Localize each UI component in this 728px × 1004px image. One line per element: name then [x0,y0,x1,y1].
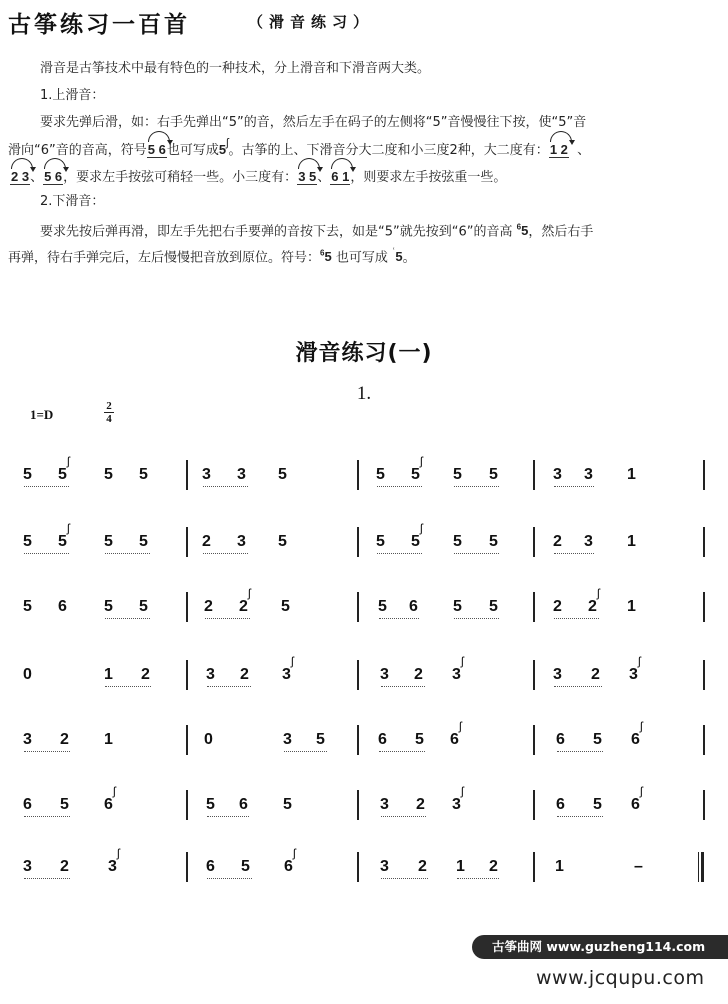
eighth-beam [379,618,419,619]
note: 5 [593,731,602,749]
note-slide-up: 3ʃ [629,666,638,684]
note: 5 [453,598,462,616]
note-slide-up: 3ʃ [452,666,461,684]
up-slide-hook-icon: ʃ [67,521,70,535]
eighth-beam [203,553,248,554]
eighth-beam [207,816,249,817]
note: 2 [204,598,213,616]
note: 3 [380,666,389,684]
note: 2 [141,666,150,684]
note: 5 [139,533,148,551]
eighth-beam [105,553,150,554]
score-row-4: 0 1 2 3 2 3ʃ 3 2 3ʃ 3 2 3ʃ [0,660,728,690]
eighth-beam [203,486,248,487]
note: 1 [555,858,564,876]
note: 5 [278,466,287,484]
note: 2 [60,731,69,749]
slide-symbol-1-2: 1 2 [549,142,569,158]
note: 3 [202,466,211,484]
final-bar-line [701,852,704,882]
down-slide-hook-symbol: ʿ5 [392,249,403,264]
note: 2 [553,598,562,616]
bar-line [703,660,705,690]
up-slide-hook-icon: ʃ [459,719,462,733]
note-slide-up: 3ʃ [282,666,291,684]
down-slide-hook-icon: ʿ [392,247,395,258]
eighth-beam [379,751,425,752]
note: 2 [416,796,425,814]
eighth-beam [105,618,150,619]
note: 2 [591,666,600,684]
eighth-beam [454,553,499,554]
page-title: 古筝练习一百首 [8,6,190,39]
eighth-beam [381,878,428,879]
bar-line [357,660,359,690]
note: 5 [60,796,69,814]
eighth-beam [457,878,499,879]
note: 5 [104,533,113,551]
bar-line [533,852,535,882]
note: 5 [378,598,387,616]
bar-line [186,725,188,755]
note: 2 [240,666,249,684]
slide-symbol-5-hook: 5ʃ [219,142,229,157]
eighth-beam [24,816,70,817]
note: 2 [489,858,498,876]
eighth-beam [381,816,426,817]
note: 1 [456,858,465,876]
bar-line [533,460,535,490]
bar-line [703,460,705,490]
eighth-beam [284,751,327,752]
bar-line [533,527,535,557]
bar-line [703,790,705,820]
note: 1 [104,666,113,684]
eighth-beam [24,553,69,554]
note: 5 [415,731,424,749]
note: 5 [23,466,32,484]
note: 3 [584,466,593,484]
eighth-beam [454,618,499,619]
eighth-beam [24,878,70,879]
score-row-5: 3 2 1 0 3 5 6 5 6ʃ 6 5 6ʃ [0,725,728,755]
note: 2 [414,666,423,684]
note: 5 [376,533,385,551]
paragraph-line: 要求先弹后滑，如：右手先弹出“5”的音，然后左手在码子的左侧将“5”音慢慢往下按… [40,109,586,136]
bar-line [186,592,188,622]
note: 3 [584,533,593,551]
bar-line [703,592,705,622]
score-row-3: 5 6 5 5 2 2ʃ 5 5 6 5 5 2 2ʃ 1 [0,592,728,622]
note: 3 [553,666,562,684]
eighth-beam [554,553,594,554]
down-slide-symbol: 65 [517,223,529,238]
note: 5 [453,533,462,551]
bar-line [703,725,705,755]
note: 5 [316,731,325,749]
intro-line: 滑音是古筝技术中最有特色的一种技术，分上滑音和下滑音两大类。 [40,55,430,82]
key-signature: 1=D [30,407,53,423]
note: 1 [627,533,636,551]
eighth-beam [377,553,422,554]
note-slide-up: 5ʃ [411,466,420,484]
paragraph-line: 再弹，待右手弹完后，左后慢慢把音放到原位。符号：65 也可写成 ʿ5。 [8,240,416,272]
bar-line [533,592,535,622]
up-slide-hook-icon: ʃ [420,521,423,535]
exercise-title: 滑音练习(一) [0,336,728,367]
note-slide-up: 6ʃ [284,858,293,876]
note: 5 [139,466,148,484]
up-slide-hook-icon: ʃ [117,846,120,860]
eighth-beam [557,816,603,817]
note: 2 [60,858,69,876]
time-signature: 2 4 [104,400,114,425]
score-row-6: 6 5 6ʃ 5 6 5 3 2 3ʃ 6 5 6ʃ [0,790,728,820]
note: 5 [489,598,498,616]
note: 5 [593,796,602,814]
eighth-beam [554,686,602,687]
note: 5 [281,598,290,616]
up-slide-hook-icon: ʃ [248,586,251,600]
page-subtitle: （滑音练习） [248,11,374,32]
bar-line [357,527,359,557]
score-row-1: 5 5ʃ 5 5 3 3 5 5 5ʃ 5 5 3 3 1 [0,460,728,490]
note: 3 [206,666,215,684]
note: 5 [206,796,215,814]
bar-line [533,660,535,690]
note-rest: 0 [23,666,32,684]
note: 3 [283,731,292,749]
note: 5 [104,466,113,484]
note-slide-up: 2ʃ [239,598,248,616]
note: 3 [380,858,389,876]
eighth-beam [554,486,594,487]
note: 6 [409,598,418,616]
bar-line [703,527,705,557]
bar-line [357,790,359,820]
note: 3 [380,796,389,814]
note-extension-dash: – [634,858,643,876]
up-slide-hook-icon: ʃ [226,137,228,149]
note: 6 [556,731,565,749]
note-slide-up: 3ʃ [452,796,461,814]
note-slide-up: 6ʃ [631,731,640,749]
note: 5 [23,533,32,551]
note: 5 [23,598,32,616]
paragraph-line: 滑向“6”音的音高，符号5 6也可写成5ʃ。古筝的上、下滑音分大二度和小三度2种… [8,136,590,165]
eighth-beam [24,751,70,752]
note: 1 [627,466,636,484]
eighth-beam [554,618,599,619]
note-slide-up: 5ʃ [411,533,420,551]
slide-symbol-6-1: 6 1 [330,169,350,185]
note: 3 [553,466,562,484]
note-slide-up: 6ʃ [450,731,459,749]
score-row-2: 5 5ʃ 5 5 2 3 5 5 5ʃ 5 5 2 3 1 [0,527,728,557]
up-slide-hook-icon: ʃ [293,846,296,860]
note: 2 [418,858,427,876]
eighth-beam [24,486,69,487]
note: 5 [453,466,462,484]
up-slide-hook-icon: ʃ [640,719,643,733]
up-slide-hook-icon: ʃ [461,784,464,798]
note-rest: 0 [204,731,213,749]
bar-line [357,592,359,622]
paragraph-line: 2 3、5 6，要求左手按弦可稍轻一些。小三度有：3 5、6 1，则要求左手按弦… [10,163,506,191]
note: 3 [237,533,246,551]
eighth-beam [377,486,422,487]
section-heading-upward-slide: 1.上滑音： [40,82,104,109]
bar-line [186,460,188,490]
note-slide-up: 5ʃ [58,533,67,551]
down-slide-symbol: 65 [320,249,332,264]
eighth-beam [207,686,251,687]
note: 5 [489,533,498,551]
eighth-beam [105,686,151,687]
watermark-jcqupu: www.jcqupu.com [536,967,704,989]
note: 6 [58,598,67,616]
note: 3 [237,466,246,484]
note: 1 [627,598,636,616]
note: 1 [104,731,113,749]
up-slide-hook-icon: ʃ [597,586,600,600]
note: 5 [489,466,498,484]
note: 6 [556,796,565,814]
note: 6 [239,796,248,814]
bar-line [186,852,188,882]
note: 2 [202,533,211,551]
up-slide-hook-icon: ʃ [638,654,641,668]
note: 3 [23,731,32,749]
note: 3 [23,858,32,876]
section-heading-downward-slide: 2.下滑音： [40,188,104,215]
bar-line [533,790,535,820]
bar-line [357,852,359,882]
note: 5 [283,796,292,814]
score-row-7: 3 2 3ʃ 6 5 6ʃ 3 2 1 2 1 – [0,852,728,882]
note: 6 [378,731,387,749]
up-slide-hook-icon: ʃ [67,454,70,468]
bar-line [186,527,188,557]
note: 6 [23,796,32,814]
up-slide-hook-icon: ʃ [640,784,643,798]
slide-symbol-3-5: 3 5 [297,169,317,185]
note: 5 [139,598,148,616]
slide-symbol-5-6: 5 6 [43,169,63,185]
note: 5 [376,466,385,484]
eighth-beam [207,878,252,879]
eighth-beam [381,686,425,687]
note: 2 [553,533,562,551]
note: 5 [241,858,250,876]
bar-line [357,725,359,755]
note-slide-up: 6ʃ [631,796,640,814]
up-slide-hook-icon: ʃ [291,654,294,668]
eighth-beam [205,618,250,619]
eighth-beam [557,751,603,752]
up-slide-hook-icon: ʃ [461,654,464,668]
note-slide-up: 6ʃ [104,796,113,814]
final-bar-line-thin [698,852,699,882]
note: 5 [104,598,113,616]
up-slide-hook-icon: ʃ [420,454,423,468]
note: 6 [206,858,215,876]
note-slide-up: 5ʃ [58,466,67,484]
watermark-guzheng114: 古筝曲网 www.guzheng114.com [472,935,728,959]
note: 5 [278,533,287,551]
bar-line [186,790,188,820]
bar-line [357,460,359,490]
bar-line [186,660,188,690]
up-slide-hook-icon: ʃ [113,784,116,798]
slide-symbol-2-3: 2 3 [10,169,30,185]
eighth-beam [454,486,499,487]
note-slide-up: 2ʃ [588,598,597,616]
note-slide-up: 3ʃ [108,858,117,876]
slide-symbol-5-6: 5 6 [147,142,167,158]
bar-line [533,725,535,755]
